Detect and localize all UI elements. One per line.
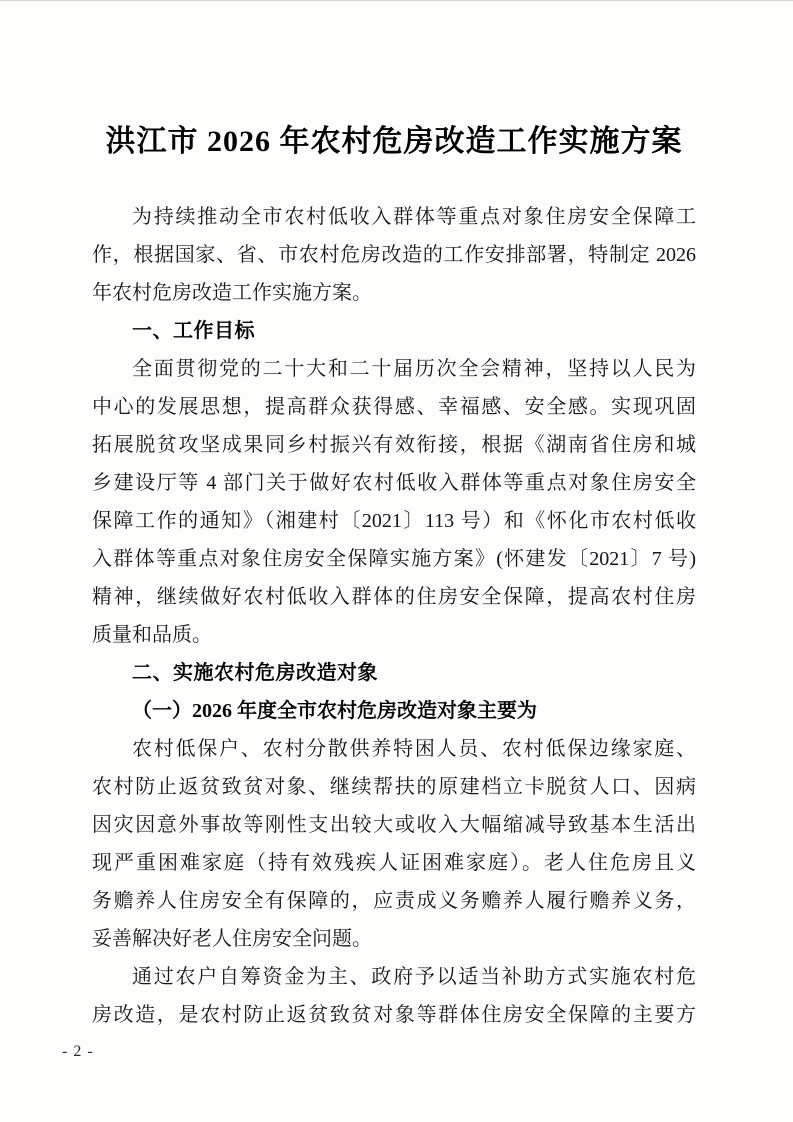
paragraph-line: 中心的发展思想，提高群众获得感、幸福感、安全感。实现巩固 <box>92 388 696 426</box>
document-title: 洪江市 2026 年农村危房改造工作实施方案 <box>92 118 696 166</box>
paragraph-line: 农村低保户、农村分散供养特困人员、农村低保边缘家庭、 <box>92 730 696 768</box>
document-page: 洪江市 2026 年农村危房改造工作实施方案 为持续推动全市农村低收入群体等重点… <box>0 0 793 1122</box>
paragraph-line: 入群体等重点对象住房安全保障实施方案》(怀建发〔2021〕7 号) <box>92 540 696 578</box>
paragraph-line: 农村防止返贫致贫对象、继续帮扶的原建档立卡脱贫人口、因病 <box>92 768 696 806</box>
paragraph: 通过农户自筹资金为主、政府予以适当补助方式实施农村危 房改造，是农村防止返贫致贫… <box>92 958 696 1034</box>
paragraph-line: 因灾因意外事故等刚性支出较大或收入大幅缩减导致基本生活出 <box>92 806 696 844</box>
paragraph-line: 拓展脱贫攻坚成果同乡村振兴有效衔接，根据《湖南省住房和城 <box>92 426 696 464</box>
paragraph-line: 精神，继续做好农村低收入群体的住房安全保障，提高农村住房 <box>92 578 696 616</box>
scan-edge-line <box>0 0 793 1</box>
paragraph: 全面贯彻党的二十大和二十届历次全会精神，坚持以人民为 中心的发展思想，提高群众获… <box>92 350 696 654</box>
paragraph-line: 通过农户自筹资金为主、政府予以适当补助方式实施农村危 <box>92 958 696 996</box>
paragraph-line: 现严重困难家庭（持有效残疾人证困难家庭）。老人住危房且义 <box>92 844 696 882</box>
section-heading-1: 一、工作目标 <box>92 312 696 350</box>
paragraph-line: 乡建设厅等 4 部门关于做好农村低收入群体等重点对象住房安全 <box>92 464 696 502</box>
sub-heading: （一）2026 年度全市农村危房改造对象主要为 <box>92 692 696 730</box>
paragraph-line: 房改造，是农村防止返贫致贫对象等群体住房安全保障的主要方 <box>92 996 696 1034</box>
paragraph-line: 全面贯彻党的二十大和二十届历次全会精神，坚持以人民为 <box>92 350 696 388</box>
paragraph: 农村低保户、农村分散供养特困人员、农村低保边缘家庭、 农村防止返贫致贫对象、继续… <box>92 730 696 958</box>
paragraph: 为持续推动全市农村低收入群体等重点对象住房安全保障工 作，根据国家、省、市农村危… <box>92 198 696 312</box>
paragraph-line: 年农村危房改造工作实施方案。 <box>92 274 696 312</box>
section-heading-2: 二、实施农村危房改造对象 <box>92 654 696 692</box>
paragraph-line: 务赡养人住房安全有保障的，应责成义务赡养人履行赡养义务， <box>92 882 696 920</box>
document-content: 洪江市 2026 年农村危房改造工作实施方案 为持续推动全市农村低收入群体等重点… <box>92 118 696 1034</box>
paragraph-line: 为持续推动全市农村低收入群体等重点对象住房安全保障工 <box>92 198 696 236</box>
paragraph-line: 保障工作的通知》（湘建村〔2021〕113 号）和《怀化市农村低收 <box>92 502 696 540</box>
paragraph-line: 作，根据国家、省、市农村危房改造的工作安排部署，特制定 2026 <box>92 236 696 274</box>
paragraph-line: 质量和品质。 <box>92 616 696 654</box>
page-number: - 2 - <box>62 1042 94 1062</box>
paragraph-line: 妥善解决好老人住房安全问题。 <box>92 920 696 958</box>
